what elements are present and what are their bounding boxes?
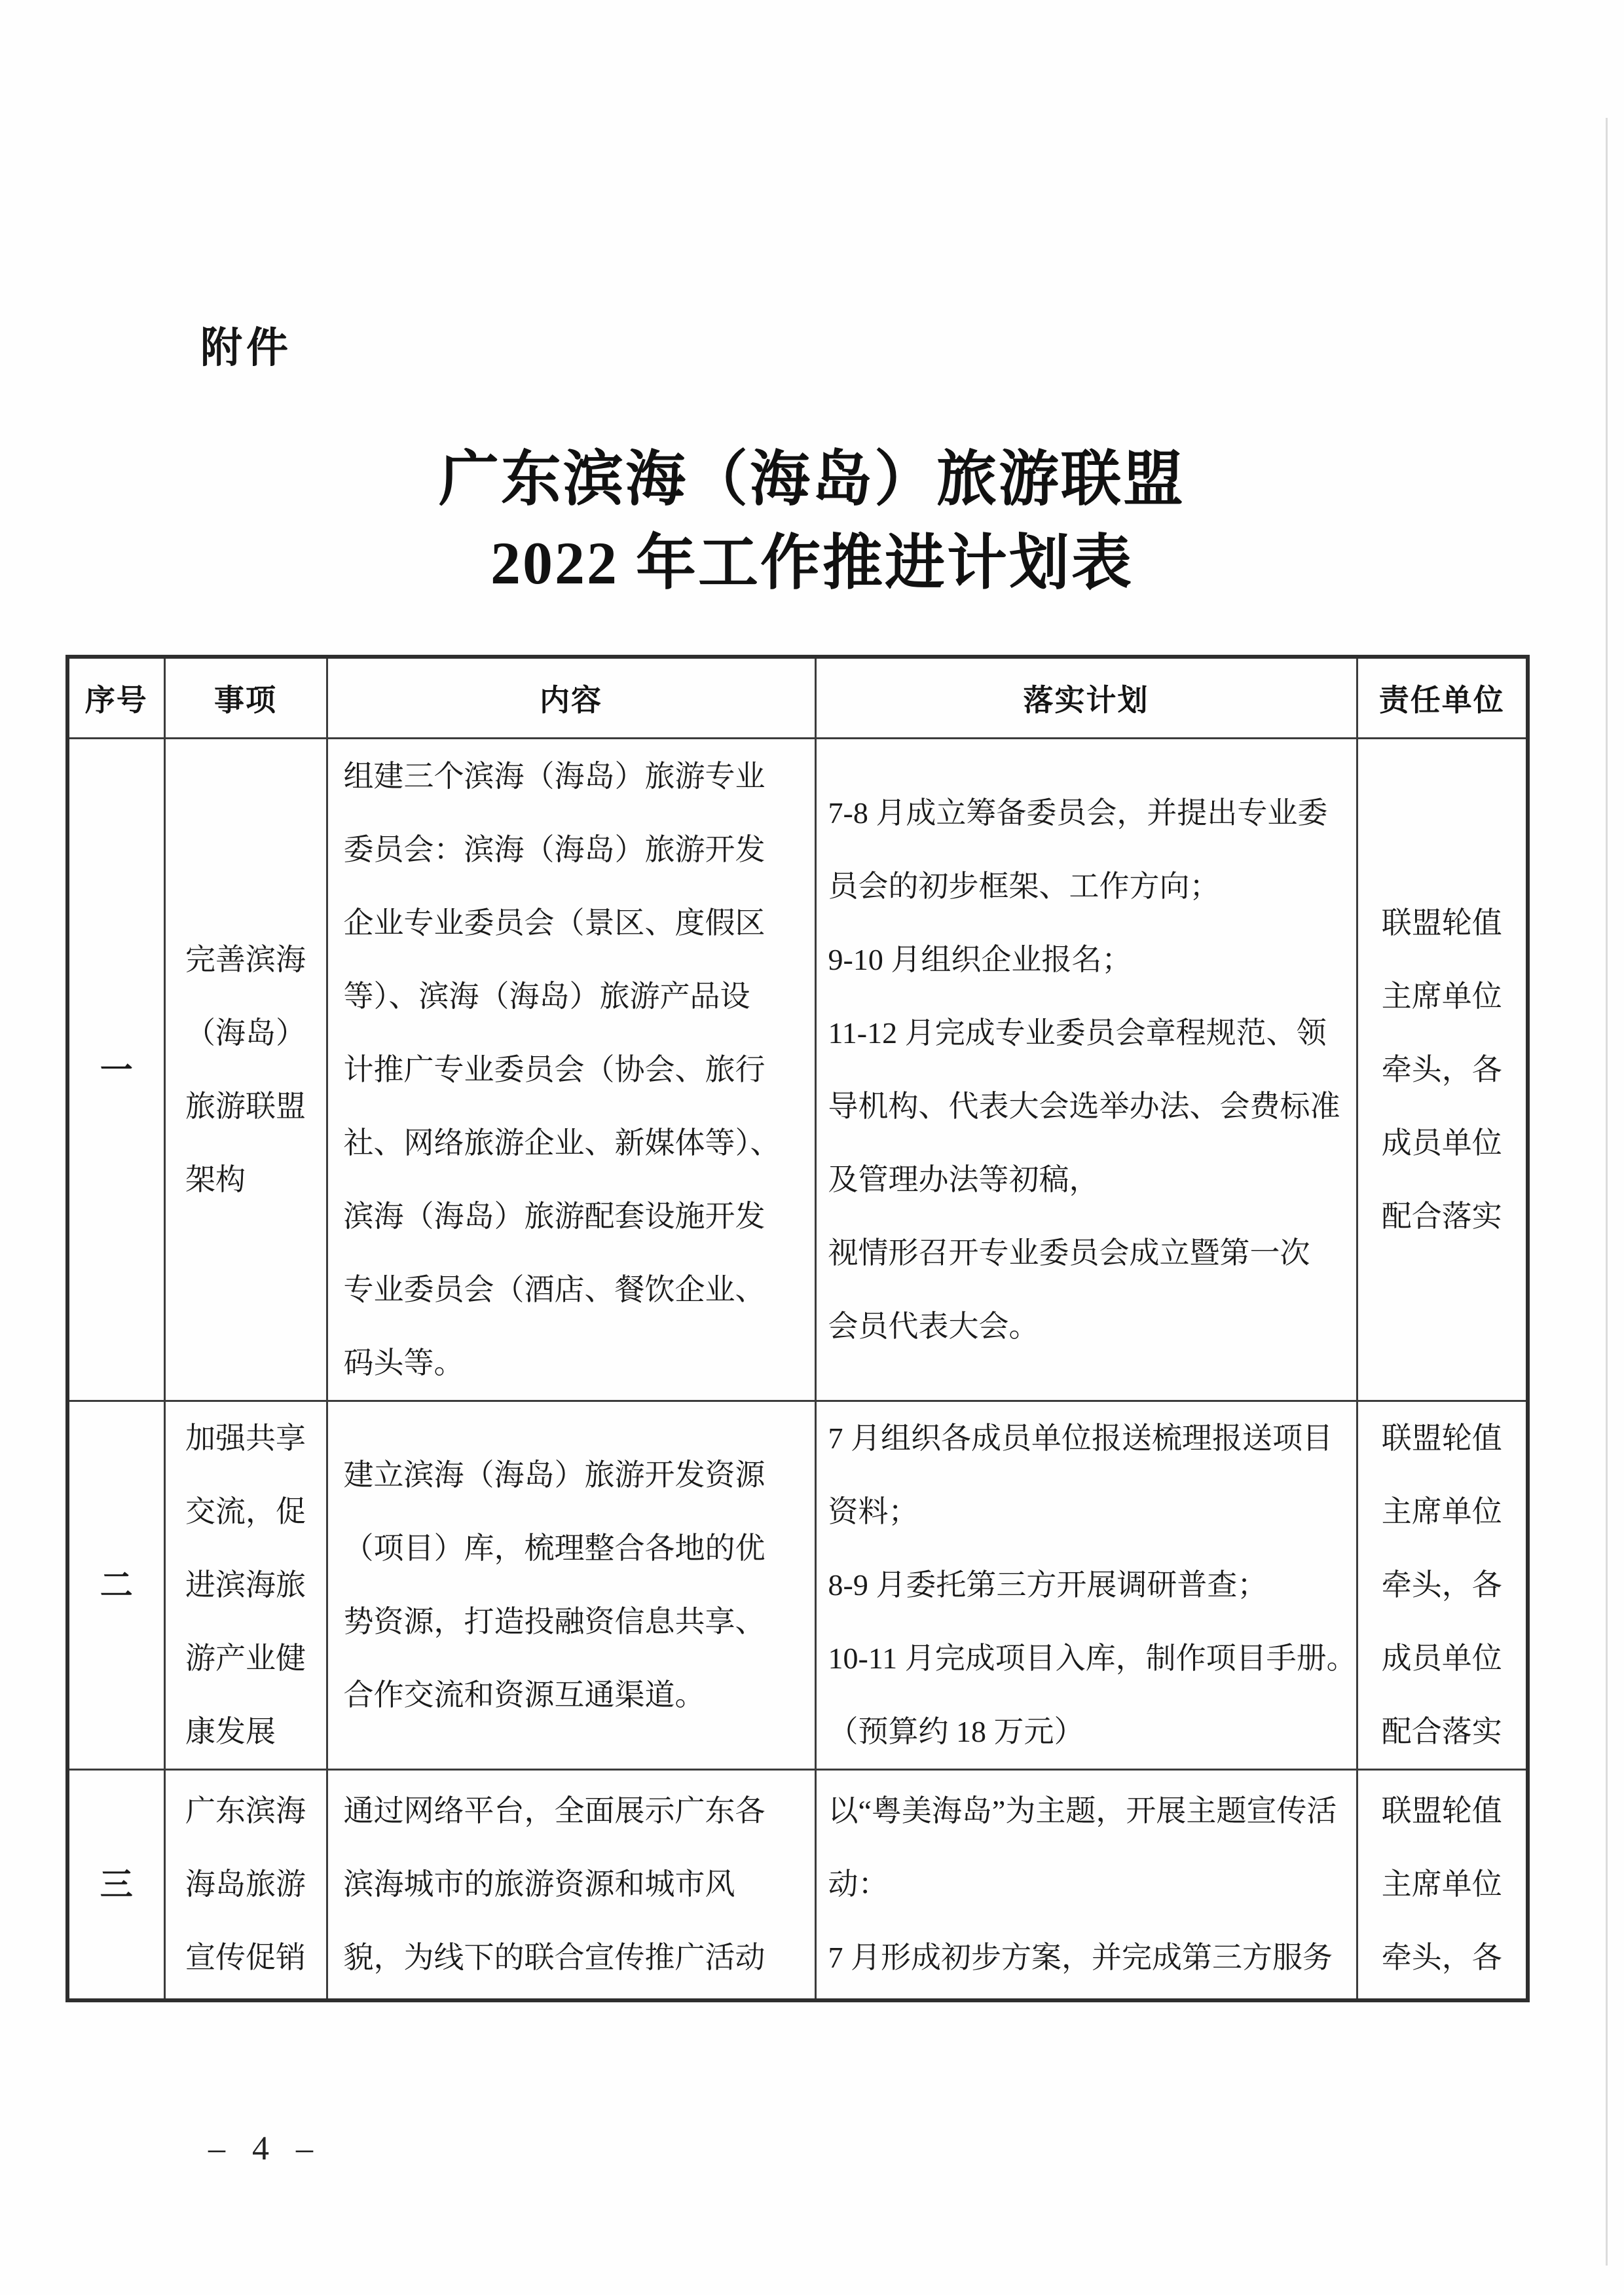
cell-text-line: 联盟轮值 <box>1382 1402 1502 1475</box>
cell-text-line: 牵头，各 <box>1382 1549 1502 1622</box>
cell-text-line: 资料； <box>828 1475 919 1549</box>
item-cell-inner: 广东滨海海岛旅游宣传促销 <box>166 1774 326 1994</box>
column-header-1: 事项 <box>164 657 327 739</box>
cell-text-line: 滨海（海岛）旅游配套设施开发 <box>344 1180 766 1253</box>
cell-text-block: 7-8 月成立筹备委员会，并提出专业委员会的初步框架、工作方向；9-10 月组织… <box>828 777 1340 1363</box>
cell-text-line: 交流，促 <box>185 1475 306 1549</box>
cell-text-line: 视情形召开专业委员会成立暨第一次 <box>828 1217 1310 1290</box>
cell-text-line: 建立滨海（海岛）旅游开发资源 <box>344 1439 766 1512</box>
cell-text-line: （预算约 18 万元） <box>828 1695 1084 1769</box>
cell-text-line: 三 <box>100 1848 133 1921</box>
cell-text-block: 二 <box>100 1549 133 1622</box>
cell-text-line: 势资源，打造投融资信息共享、 <box>344 1585 766 1659</box>
title-line-2: 2022 年工作推进计划表 <box>0 521 1624 605</box>
cell-text-line: 架构 <box>185 1143 246 1217</box>
column-header-3: 落实计划 <box>815 657 1357 739</box>
title-line-1: 广东滨海（海岛）旅游联盟 <box>0 437 1624 521</box>
cell-text-block: 一 <box>100 1033 133 1107</box>
cell-text-line: 加强共享 <box>185 1402 306 1475</box>
cell-text-block: 三 <box>100 1848 133 1921</box>
responsible-unit-cell-inner: 联盟轮值主席单位牵头，各成员单位配合落实 <box>1358 887 1526 1253</box>
cell-text-block: 联盟轮值主席单位牵头，各 <box>1382 1774 1502 1994</box>
cell-text-line: 动： <box>828 1848 889 1921</box>
cell-text-line: 进滨海旅 <box>185 1549 306 1622</box>
content-cell: 通过网络平台，全面展示广东各滨海城市的旅游资源和城市风貌，为线下的联合宣传推广活… <box>327 1770 815 2000</box>
cell-text-line: 通过网络平台，全面展示广东各 <box>344 1774 766 1848</box>
cell-text-line: 配合落实 <box>1382 1180 1502 1253</box>
responsible-unit-cell: 联盟轮值主席单位牵头，各成员单位配合落实 <box>1357 1401 1528 1770</box>
row-index-cell-inner: 二 <box>69 1549 164 1622</box>
cell-text-line: 联盟轮值 <box>1382 887 1502 960</box>
table-row-3: 三广东滨海海岛旅游宣传促销通过网络平台，全面展示广东各滨海城市的旅游资源和城市风… <box>67 1770 1528 2000</box>
item-cell: 广东滨海海岛旅游宣传促销 <box>164 1770 327 2000</box>
cell-text-line: 康发展 <box>185 1695 276 1769</box>
cell-text-block: 联盟轮值主席单位牵头，各成员单位配合落实 <box>1382 887 1502 1253</box>
cell-text-line: 专业委员会（酒店、餐饮企业、 <box>344 1253 766 1327</box>
row-index-cell: 一 <box>67 739 164 1401</box>
cell-text-line: 合作交流和资源互通渠道。 <box>344 1659 705 1732</box>
cell-text-block: 完善滨海（海岛）旅游联盟架构 <box>185 923 306 1217</box>
responsible-unit-cell: 联盟轮值主席单位牵头，各 <box>1357 1770 1528 2000</box>
cell-text-line: 计推广专业委员会（协会、旅行 <box>344 1033 766 1107</box>
row-index-cell-inner: 一 <box>69 1033 164 1107</box>
row-index-cell: 三 <box>67 1770 164 2000</box>
table-row-1: 一完善滨海（海岛）旅游联盟架构组建三个滨海（海岛）旅游专业委员会：滨海（海岛）旅… <box>67 739 1528 1401</box>
content-cell-inner: 通过网络平台，全面展示广东各滨海城市的旅游资源和城市风貌，为线下的联合宣传推广活… <box>328 1774 815 1994</box>
plan-cell-inner: 7-8 月成立筹备委员会，并提出专业委员会的初步框架、工作方向；9-10 月组织… <box>817 777 1356 1363</box>
cell-text-block: 通过网络平台，全面展示广东各滨海城市的旅游资源和城市风貌，为线下的联合宣传推广活… <box>344 1774 766 1994</box>
cell-text-line: 员会的初步框架、工作方向； <box>828 850 1220 923</box>
cell-text-line: 主席单位 <box>1382 1475 1502 1549</box>
column-header-2: 内容 <box>327 657 815 739</box>
cell-text-line: 会员代表大会。 <box>828 1290 1039 1363</box>
cell-text-line: 成员单位 <box>1382 1622 1502 1695</box>
cell-text-block: 组建三个滨海（海岛）旅游专业委员会：滨海（海岛）旅游开发企业专业委员会（景区、度… <box>344 740 781 1400</box>
cell-text-line: 宣传促销 <box>185 1921 306 1994</box>
responsible-unit-cell: 联盟轮值主席单位牵头，各成员单位配合落实 <box>1357 739 1528 1401</box>
cell-text-line: 及管理办法等初稿， <box>828 1143 1099 1217</box>
cell-text-line: 11-12 月完成专业委员会章程规范、领 <box>828 997 1327 1070</box>
column-header-0: 序号 <box>67 657 164 739</box>
attachment-label: 附件 <box>200 314 292 375</box>
table-header-row: 序号事项内容落实计划责任单位 <box>67 657 1528 739</box>
cell-text-line: 10-11 月完成项目入库，制作项目手册。 <box>828 1622 1356 1695</box>
document-title: 广东滨海（海岛）旅游联盟 2022 年工作推进计划表 <box>0 437 1624 605</box>
column-header-4: 责任单位 <box>1357 657 1528 739</box>
cell-text-block: 7 月组织各成员单位报送梳理报送项目资料；8-9 月委托第三方开展调研普查；10… <box>828 1402 1356 1769</box>
item-cell-inner: 完善滨海（海岛）旅游联盟架构 <box>166 923 326 1217</box>
document-page: 附件 广东滨海（海岛）旅游联盟 2022 年工作推进计划表 序号事项内容落实计划… <box>0 0 1624 2295</box>
cell-text-block: 加强共享交流，促进滨海旅游产业健康发展 <box>185 1402 306 1769</box>
item-cell: 完善滨海（海岛）旅游联盟架构 <box>164 739 327 1401</box>
cell-text-line: 貌，为线下的联合宣传推广活动 <box>344 1921 766 1994</box>
table-row-2: 二加强共享交流，促进滨海旅游产业健康发展建立滨海（海岛）旅游开发资源（项目）库，… <box>67 1401 1528 1770</box>
page-number: – 4 – <box>208 2129 322 2168</box>
item-cell-inner: 加强共享交流，促进滨海旅游产业健康发展 <box>166 1402 326 1769</box>
cell-text-line: 社、网络旅游企业、新媒体等）、 <box>344 1107 781 1180</box>
scan-edge-artifact <box>1606 118 1608 2266</box>
cell-text-line: 以“粤美海岛”为主题，开展主题宣传活 <box>828 1774 1337 1848</box>
cell-text-line: 二 <box>100 1549 133 1622</box>
cell-text-block: 广东滨海海岛旅游宣传促销 <box>185 1774 306 1994</box>
cell-text-line: 7-8 月成立筹备委员会，并提出专业委 <box>828 777 1328 850</box>
cell-text-block: 以“粤美海岛”为主题，开展主题宣传活动：7 月形成初步方案，并完成第三方服务 <box>828 1774 1337 1994</box>
cell-text-line: 完善滨海 <box>185 923 306 997</box>
plan-cell: 以“粤美海岛”为主题，开展主题宣传活动：7 月形成初步方案，并完成第三方服务 <box>815 1770 1357 2000</box>
cell-text-line: 旅游联盟 <box>185 1070 306 1143</box>
work-plan-table: 序号事项内容落实计划责任单位 一完善滨海（海岛）旅游联盟架构组建三个滨海（海岛）… <box>65 655 1530 2002</box>
cell-text-line: 7 月形成初步方案，并完成第三方服务 <box>828 1921 1333 1994</box>
cell-text-line: 7 月组织各成员单位报送梳理报送项目 <box>828 1402 1333 1475</box>
cell-text-line: （海岛） <box>185 997 306 1070</box>
plan-cell: 7-8 月成立筹备委员会，并提出专业委员会的初步框架、工作方向；9-10 月组织… <box>815 739 1357 1401</box>
cell-text-line: 牵头，各 <box>1382 1921 1502 1994</box>
content-cell-inner: 建立滨海（海岛）旅游开发资源（项目）库，梳理整合各地的优势资源，打造投融资信息共… <box>328 1439 815 1732</box>
cell-text-line: 海岛旅游 <box>185 1848 306 1921</box>
plan-cell: 7 月组织各成员单位报送梳理报送项目资料；8-9 月委托第三方开展调研普查；10… <box>815 1401 1357 1770</box>
plan-cell-inner: 以“粤美海岛”为主题，开展主题宣传活动：7 月形成初步方案，并完成第三方服务 <box>817 1774 1356 1994</box>
row-index-cell: 二 <box>67 1401 164 1770</box>
cell-text-line: 主席单位 <box>1382 1848 1502 1921</box>
cell-text-line: 联盟轮值 <box>1382 1774 1502 1848</box>
cell-text-line: 滨海城市的旅游资源和城市风 <box>344 1848 735 1921</box>
cell-text-block: 联盟轮值主席单位牵头，各成员单位配合落实 <box>1382 1402 1502 1769</box>
plan-cell-inner: 7 月组织各成员单位报送梳理报送项目资料；8-9 月委托第三方开展调研普查；10… <box>817 1402 1356 1769</box>
cell-text-line: 牵头，各 <box>1382 1033 1502 1107</box>
cell-text-line: 配合落实 <box>1382 1695 1502 1769</box>
cell-text-line: 企业专业委员会（景区、度假区 <box>344 887 766 960</box>
cell-text-line: 9-10 月组织企业报名； <box>828 923 1132 997</box>
cell-text-line: 导机构、代表大会选举办法、会费标准 <box>828 1070 1340 1143</box>
cell-text-line: 等）、滨海（海岛）旅游产品设 <box>344 960 750 1033</box>
content-cell: 建立滨海（海岛）旅游开发资源（项目）库，梳理整合各地的优势资源，打造投融资信息共… <box>327 1401 815 1770</box>
responsible-unit-cell-inner: 联盟轮值主席单位牵头，各 <box>1358 1774 1526 1994</box>
item-cell: 加强共享交流，促进滨海旅游产业健康发展 <box>164 1401 327 1770</box>
content-cell-inner: 组建三个滨海（海岛）旅游专业委员会：滨海（海岛）旅游开发企业专业委员会（景区、度… <box>328 740 815 1400</box>
cell-text-line: 一 <box>100 1033 133 1107</box>
content-cell: 组建三个滨海（海岛）旅游专业委员会：滨海（海岛）旅游开发企业专业委员会（景区、度… <box>327 739 815 1401</box>
cell-text-line: 委员会：滨海（海岛）旅游开发 <box>344 813 766 887</box>
cell-text-line: 8-9 月委托第三方开展调研普查； <box>828 1549 1268 1622</box>
cell-text-line: 组建三个滨海（海岛）旅游专业 <box>344 740 766 813</box>
cell-text-line: 码头等。 <box>344 1327 464 1400</box>
cell-text-line: 成员单位 <box>1382 1107 1502 1180</box>
cell-text-block: 建立滨海（海岛）旅游开发资源（项目）库，梳理整合各地的优势资源，打造投融资信息共… <box>344 1439 766 1732</box>
row-index-cell-inner: 三 <box>69 1848 164 1921</box>
cell-text-line: 主席单位 <box>1382 960 1502 1033</box>
cell-text-line: 游产业健 <box>185 1622 306 1695</box>
cell-text-line: 广东滨海 <box>185 1774 306 1848</box>
responsible-unit-cell-inner: 联盟轮值主席单位牵头，各成员单位配合落实 <box>1358 1402 1526 1769</box>
cell-text-line: （项目）库，梳理整合各地的优 <box>344 1512 766 1585</box>
